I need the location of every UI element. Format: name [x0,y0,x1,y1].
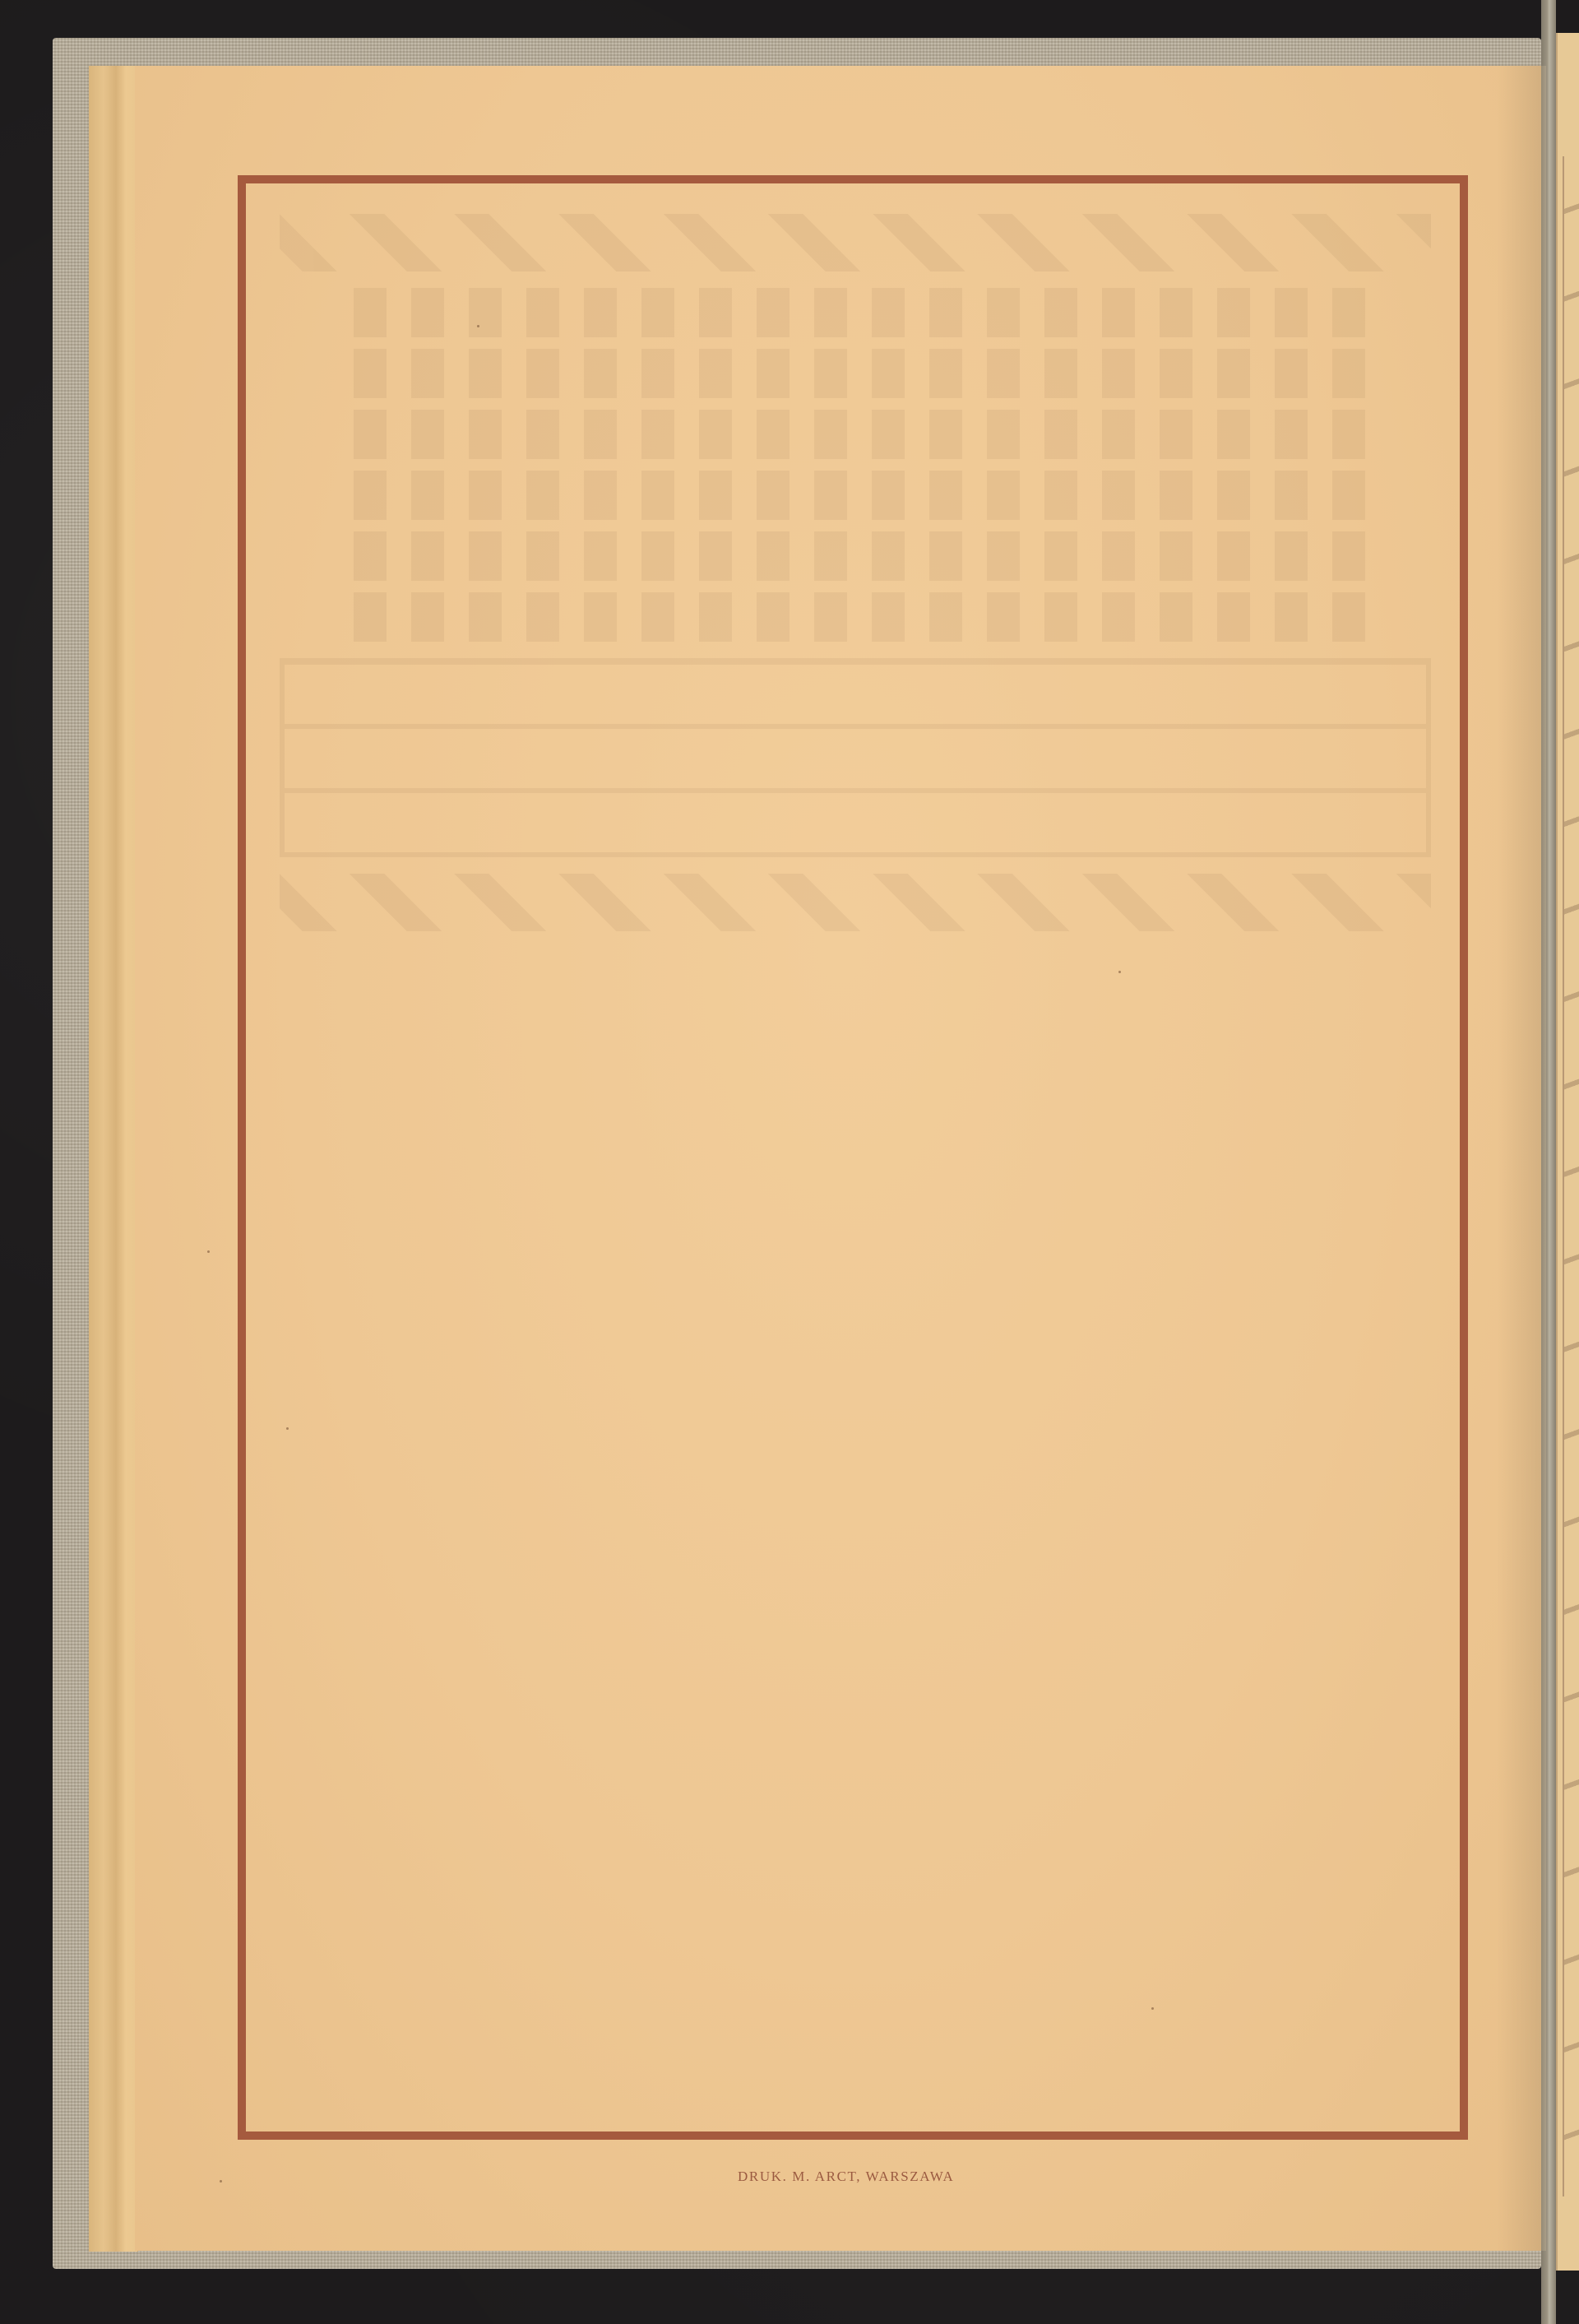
glass-plate-edge [1541,0,1556,2324]
speck [1118,971,1121,973]
speck [1151,2007,1154,2010]
speck [220,2180,222,2183]
decorative-red-frame [238,175,1468,2140]
page-block-edges [89,66,138,2252]
printer-imprint: DRUK. M. ARCT, WARSZAWA [738,2169,954,2185]
gutter-shadow [1497,66,1546,2251]
facing-page-ornament-border [1563,156,1579,2196]
speck [286,1427,289,1430]
speck [207,1250,210,1253]
speck [477,325,479,327]
